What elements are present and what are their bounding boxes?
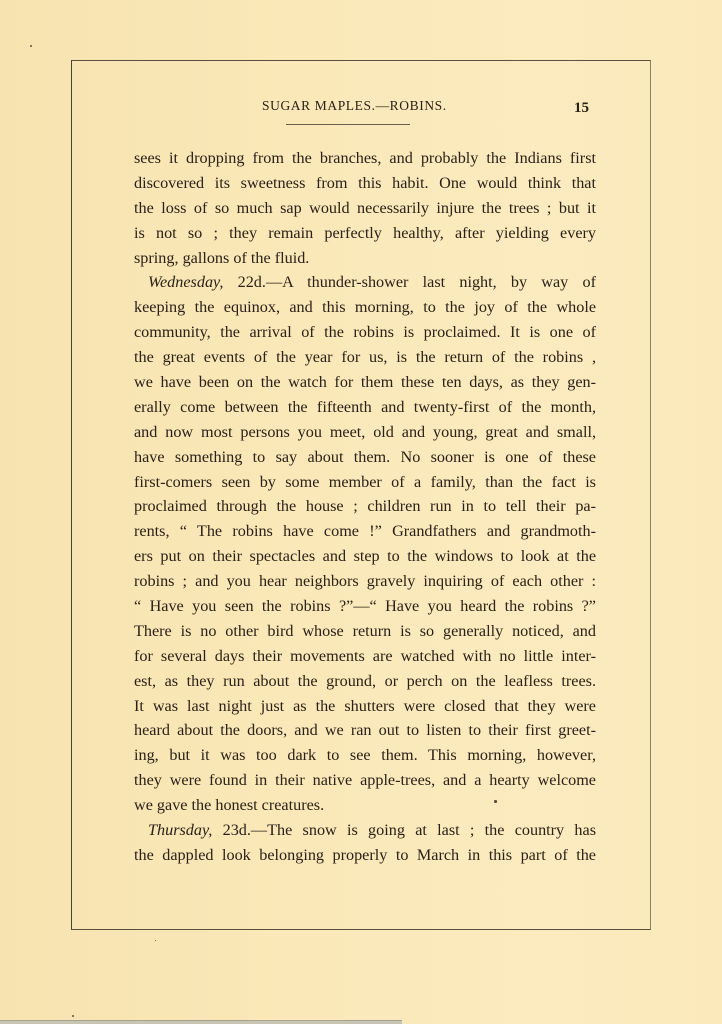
text-line: and now most persons you meet, old and y… <box>134 420 596 445</box>
print-speck <box>155 940 156 941</box>
text-line: ing, but it was too dark to see them. Th… <box>134 743 596 768</box>
text-line: first-comers seen by some member of a fa… <box>134 470 596 495</box>
text-line: spring, gallons of the fluid. <box>134 246 596 271</box>
text-line: is not so ; they remain perfectly health… <box>134 221 596 246</box>
text-line: the loss of so much sap would necessaril… <box>134 196 596 221</box>
text-line: It was last night just as the shutters w… <box>134 694 596 719</box>
running-head-title: SUGAR MAPLES.—ROBINS. <box>262 98 447 114</box>
paragraph-start-wednesday: Wednesday, 22d.—A thunder-shower last ni… <box>134 270 596 295</box>
print-speck <box>72 1015 74 1017</box>
text-line: we have been on the watch for them these… <box>134 370 596 395</box>
text-line: sees it dropping from the branches, and … <box>134 146 596 171</box>
text-line: heard about the doors, and we ran out to… <box>134 718 596 743</box>
text-line: est, as they run about the ground, or pe… <box>134 669 596 694</box>
text-line: community, the arrival of the robins is … <box>134 320 596 345</box>
text-line: have something to say about them. No soo… <box>134 445 596 470</box>
paragraph-start-thursday: Thursday, 23d.—The snow is going at last… <box>134 818 596 843</box>
print-speck <box>30 45 32 47</box>
text-line: robins ; and you hear neighbors gravely … <box>134 569 596 594</box>
body-text: sees it dropping from the branches, and … <box>134 146 596 868</box>
text-line: ers put on their spectacles and step to … <box>134 544 596 569</box>
text-line: discovered its sweetness from this habit… <box>134 171 596 196</box>
date-heading-wednesday: Wednesday, <box>148 273 223 291</box>
text-line: they were found in their native apple-tr… <box>134 768 596 793</box>
text-line: for several days their movements are wat… <box>134 644 596 669</box>
text-line: the great events of the year for us, is … <box>134 345 596 370</box>
text-line: we gave the honest creatures. <box>134 793 596 818</box>
text-line: proclaimed through the house ; children … <box>134 494 596 519</box>
viewer-bottom-edge <box>0 1020 402 1024</box>
running-head: SUGAR MAPLES.—ROBINS. 15 <box>0 98 722 118</box>
running-head-rule <box>286 124 410 125</box>
page-number: 15 <box>574 100 589 117</box>
date-heading-thursday: Thursday, <box>148 821 212 839</box>
text-line: There is no other bird whose return is s… <box>134 619 596 644</box>
text-line: erally come between the fifteenth and tw… <box>134 395 596 420</box>
text-line: the dappled look belonging properly to M… <box>134 843 596 868</box>
text-line: keeping the equinox, and this morning, t… <box>134 295 596 320</box>
print-speck <box>494 800 497 803</box>
text-line: rents, “ The robins have come !” Grandfa… <box>134 519 596 544</box>
text-line: “ Have you seen the robins ?”—“ Have you… <box>134 594 596 619</box>
